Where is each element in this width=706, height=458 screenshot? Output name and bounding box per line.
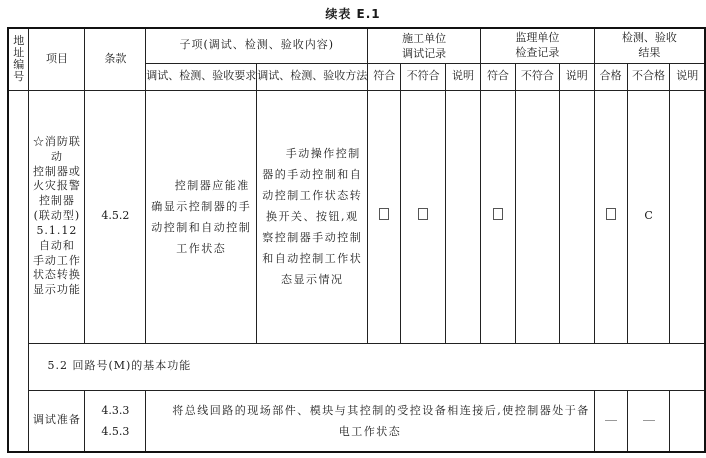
header-supervision-conform: 符合 xyxy=(480,63,515,90)
header-supervision-note: 说明 xyxy=(559,63,594,90)
section-heading: 5.2 回路号(M)的基本功能 xyxy=(29,343,705,390)
dash-icon xyxy=(643,420,655,421)
header-construction-conform: 符合 xyxy=(368,63,401,90)
header-supervision-record: 监理单位 检查记录 xyxy=(480,28,594,63)
result-pass-cell[interactable] xyxy=(594,90,627,343)
prep-result-pass-cell[interactable] xyxy=(594,390,627,452)
header-result-fail: 不合格 xyxy=(627,63,670,90)
header-result-note: 说明 xyxy=(670,63,705,90)
header-address-no: 地址编号 xyxy=(8,28,29,90)
section-row: 5.2 回路号(M)的基本功能 xyxy=(8,343,705,390)
method-cell: 手动操作控制器的手动控制和自动控制工作状态转换开关、按钮,观察控制器手动控制和自… xyxy=(257,90,368,343)
supervision-note-cell[interactable] xyxy=(559,90,594,343)
header-requirement: 调试、检测、验收要求 xyxy=(146,63,257,90)
prep-clause-cell: 4.3.3 4.5.3 xyxy=(85,390,146,452)
header-method: 调试、检测、验收方法 xyxy=(257,63,368,90)
header-inspection-result: 检测、验收 结果 xyxy=(594,28,705,63)
construction-note-cell[interactable] xyxy=(446,90,481,343)
result-fail-cell[interactable]: C xyxy=(627,90,670,343)
supervision-conform-checkbox[interactable] xyxy=(493,208,503,220)
prep-result-note-cell[interactable] xyxy=(670,390,705,452)
table-row: ☆消防联动 控制器或 火灾报警 控制器 (联动型) 5.1.12 自动和 手动工… xyxy=(8,90,705,343)
header-construction-note: 说明 xyxy=(446,63,481,90)
inspection-record-table: 地址编号 项目 条款 子项(调试、检测、验收内容) 施工单位 调试记录 监理单位… xyxy=(7,27,706,453)
header-supervision-nonconform: 不符合 xyxy=(515,63,559,90)
header-project: 项目 xyxy=(29,28,85,90)
prep-result-fail-cell[interactable] xyxy=(627,390,670,452)
construction-conform-checkbox[interactable] xyxy=(379,208,389,220)
header-construction-nonconform: 不符合 xyxy=(401,63,446,90)
clause-cell: 4.5.2 xyxy=(85,90,146,343)
header-sub-item: 子项(调试、检测、验收内容) xyxy=(146,28,368,63)
header-result-pass: 合格 xyxy=(594,63,627,90)
dash-icon xyxy=(605,420,617,421)
construction-nonconform-checkbox[interactable] xyxy=(418,208,428,220)
construction-conform-cell[interactable] xyxy=(368,90,401,343)
supervision-nonconform-cell[interactable] xyxy=(515,90,559,343)
address-no-cell xyxy=(8,90,29,452)
header-clause: 条款 xyxy=(85,28,146,90)
project-cell: ☆消防联动 控制器或 火灾报警 控制器 (联动型) 5.1.12 自动和 手动工… xyxy=(29,90,85,343)
prep-content-cell: 将总线回路的现场部件、模块与其控制的受控设备相连接后,使控制器处于备电工作状态 xyxy=(146,390,594,452)
construction-nonconform-cell[interactable] xyxy=(401,90,446,343)
prep-project-cell: 调试准备 xyxy=(29,390,85,452)
requirement-cell: 控制器应能准确显示控制器的手动控制和自动控制工作状态 xyxy=(146,90,257,343)
table-row-prep: 调试准备 4.3.3 4.5.3 将总线回路的现场部件、模块与其控制的受控设备相… xyxy=(8,390,705,452)
result-note-cell[interactable] xyxy=(670,90,705,343)
table-title: 续表 E.1 xyxy=(0,5,706,22)
supervision-conform-cell[interactable] xyxy=(480,90,515,343)
header-construction-record: 施工单位 调试记录 xyxy=(368,28,481,63)
header-row-1: 地址编号 项目 条款 子项(调试、检测、验收内容) 施工单位 调试记录 监理单位… xyxy=(8,28,705,63)
result-pass-checkbox[interactable] xyxy=(606,208,616,220)
